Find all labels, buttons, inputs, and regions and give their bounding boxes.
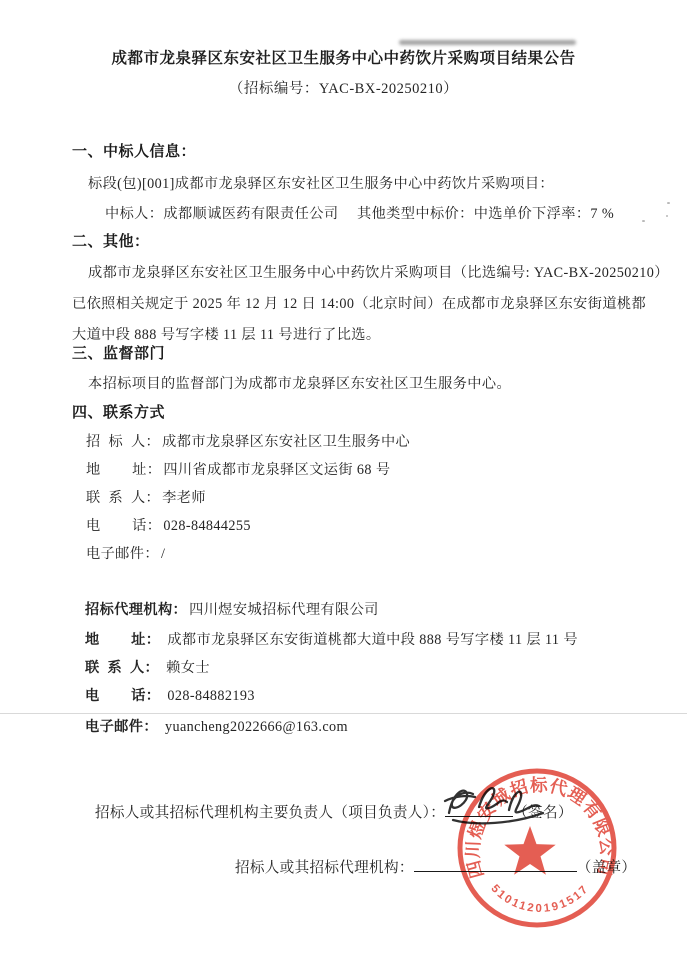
- other-line-1: 成都市龙泉驿区东安社区卫生服务中心中药饮片采购项目（比选编号: YAC-BX-2…: [88, 262, 669, 282]
- tenderer-phone-row: 电 话：028-84844255: [86, 515, 251, 535]
- winner-name-line: 中标人：成都顺诚医药有限责任公司: [105, 203, 338, 223]
- tender-number-subtitle: （招标编号：YAC-BX-20250210）: [0, 77, 687, 98]
- agency-email-row: 电子邮件：yuancheng2022666@163.com: [85, 716, 348, 736]
- scan-speck: [642, 220, 645, 222]
- scan-artifact-line: [0, 713, 687, 714]
- field-label: 地 址：: [85, 632, 160, 648]
- section-heading-contact: 四、联系方式: [72, 401, 165, 422]
- field-value: 成都市龙泉驿区东安社区卫生服务中心: [162, 434, 410, 450]
- field-label: 地 址：: [86, 462, 161, 478]
- section-heading-supervision: 三、监督部门: [72, 342, 165, 363]
- agency-phone-row: 电 话：028-84882193: [85, 685, 255, 705]
- field-value: 四川省成都市龙泉驿区文运街 68 号: [163, 462, 390, 478]
- leader-signature-label: 招标人或其招标代理机构主要负责人（项目负责人）：: [95, 805, 445, 821]
- field-value: yuancheng2022666@163.com: [165, 719, 348, 735]
- section-heading-other: 二、其他：: [72, 230, 150, 251]
- agency-address-row: 地 址：成都市龙泉驿区东安街道桃都大道中段 888 号写字楼 11 层 11 号: [85, 629, 578, 649]
- field-value: 四川煜安城招标代理有限公司: [189, 602, 379, 618]
- field-value: 028-84844255: [163, 518, 251, 534]
- tenderer-address-row: 地 址：四川省成都市龙泉驿区文运街 68 号: [86, 459, 390, 479]
- winner-price-line: 其他类型中标价：中选单价下浮率：7 %: [357, 203, 614, 223]
- field-value: 028-84882193: [167, 688, 255, 704]
- tenderer-email-row: 电子邮件：/: [86, 543, 165, 563]
- scan-speck: [666, 215, 668, 217]
- field-value: 李老师: [162, 490, 206, 506]
- scan-smudge: [399, 40, 576, 45]
- supervision-body: 本招标项目的监督部门为成都市龙泉驿区东安社区卫生服务中心。: [88, 373, 511, 393]
- field-value: /: [161, 546, 165, 562]
- seal-star: [504, 826, 555, 875]
- company-seal-stamp: 四川煜安城招标代理有限公司 5101120191517: [452, 752, 628, 952]
- field-label: 电 话：: [86, 518, 161, 534]
- field-label: 联 系 人：: [85, 660, 159, 676]
- agency-name-row: 招标代理机构：四川煜安城招标代理有限公司: [85, 599, 379, 619]
- field-label: 电 话：: [85, 688, 160, 704]
- section-heading-winner: 一、中标人信息：: [72, 140, 196, 161]
- svg-text:5101120191517: 5101120191517: [488, 883, 590, 915]
- field-label: 联 系 人：: [86, 490, 160, 506]
- field-label: 招 标 人：: [86, 434, 160, 450]
- seal-registration-number: 5101120191517: [488, 883, 590, 915]
- field-value: 成都市龙泉驿区东安街道桃都大道中段 888 号写字楼 11 层 11 号: [167, 632, 578, 648]
- page-title: 成都市龙泉驿区东安社区卫生服务中心中药饮片采购项目结果公告: [0, 46, 687, 68]
- tenderer-name-row: 招 标 人：成都市龙泉驿区东安社区卫生服务中心: [86, 431, 410, 451]
- announcement-document: 成都市龙泉驿区东安社区卫生服务中心中药饮片采购项目结果公告 （招标编号：YAC-…: [0, 0, 687, 973]
- other-line-3: 大道中段 888 号写字楼 11 层 11 号进行了比选。: [72, 324, 381, 344]
- scan-speck: [667, 202, 670, 204]
- agency-contact-person-row: 联 系 人：赖女士: [85, 657, 210, 677]
- field-value: 赖女士: [166, 660, 210, 676]
- org-seal-label: 招标人或其招标代理机构：: [235, 860, 414, 876]
- tenderer-contact-person-row: 联 系 人：李老师: [86, 487, 206, 507]
- lot-line: 标段(包)[001]成都市龙泉驿区东安社区卫生服务中心中药饮片采购项目：: [88, 173, 554, 193]
- field-label: 招标代理机构：: [85, 602, 187, 618]
- other-line-2: 已依照相关规定于 2025 年 12 月 12 日 14:00（北京时间）在成都…: [72, 293, 646, 313]
- field-label: 电子邮件：: [85, 719, 158, 735]
- field-label: 电子邮件：: [86, 546, 159, 562]
